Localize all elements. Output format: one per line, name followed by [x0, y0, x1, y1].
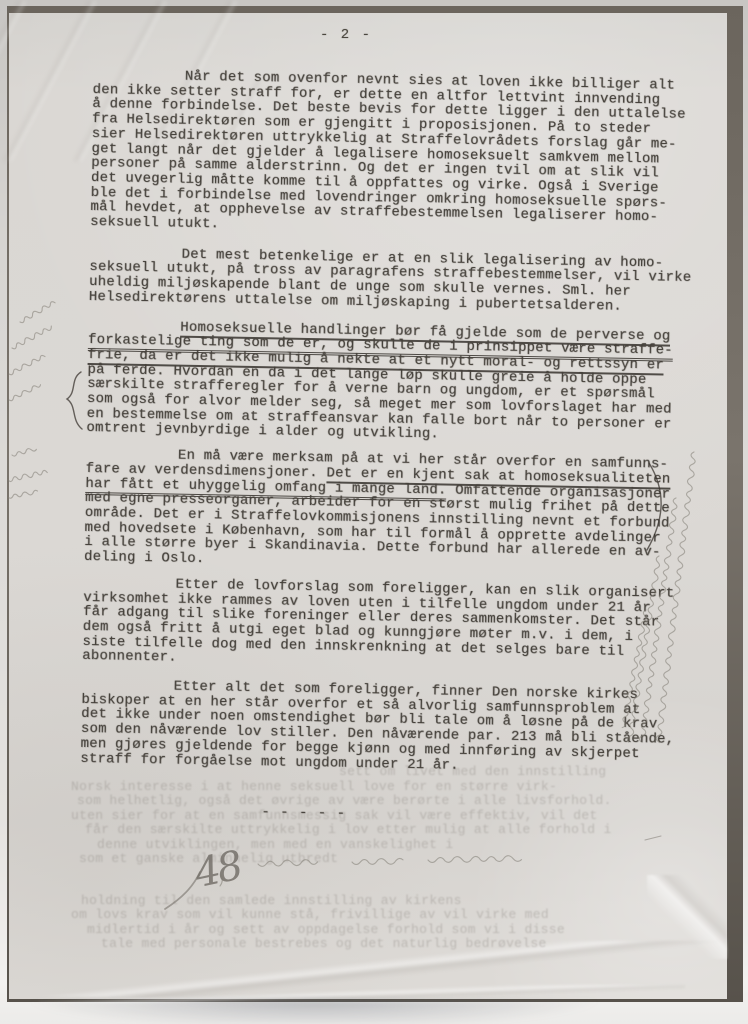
paper-corner-fold [647, 875, 727, 959]
bleedthrough-line: denne utviklingen, men med en vanskeligh… [71, 838, 733, 853]
bleedthrough-line: holdning til den samlede innstilling av … [71, 894, 733, 909]
document-page: sett om livet med den innstillingNorsk i… [9, 13, 727, 999]
paragraph: Etter alt det som foreligger, finner Den… [80, 678, 694, 777]
paper-crease-bottom [9, 941, 727, 997]
page-number: - 2 - [320, 27, 372, 43]
handwritten-number: 48 [191, 843, 244, 897]
typed-text: Når det som ovenfor nevnt sies at loven … [79, 68, 705, 828]
paragraph: Det mest betenkelige er at en slik legal… [89, 246, 702, 316]
typed-text-segment: deling i Oslo. [84, 549, 205, 567]
paragraph: Homoseksuelle handlinger bør få gjelde s… [86, 319, 700, 448]
typed-text-segment: seksuell utukt. [90, 214, 219, 232]
typed-text-segment: abonnenter. [82, 648, 177, 666]
bleedthrough-line: om lovs krav som vil kunne stå, frivilli… [71, 908, 733, 923]
bleedthrough-line: tale med personale bestrebes og det natu… [71, 937, 733, 952]
page-drop-shadow [0, 1000, 748, 1024]
scanned-document-photo: sett om livet med den innstillingNorsk i… [0, 0, 748, 1024]
bleedthrough-line: som et ganske alminnelig utbredt [71, 852, 733, 867]
paragraph: En må være merksam på at vi her står ove… [84, 447, 698, 576]
paragraph: Når det som ovenfor nevnt sies at loven … [90, 68, 705, 241]
bleedthrough-line: midlertid i år og sett av oppdagelse for… [71, 923, 733, 938]
paragraph: Etter de lovforslag som foreligger, kan … [82, 576, 696, 675]
end-separator: - - - - - [79, 802, 691, 828]
